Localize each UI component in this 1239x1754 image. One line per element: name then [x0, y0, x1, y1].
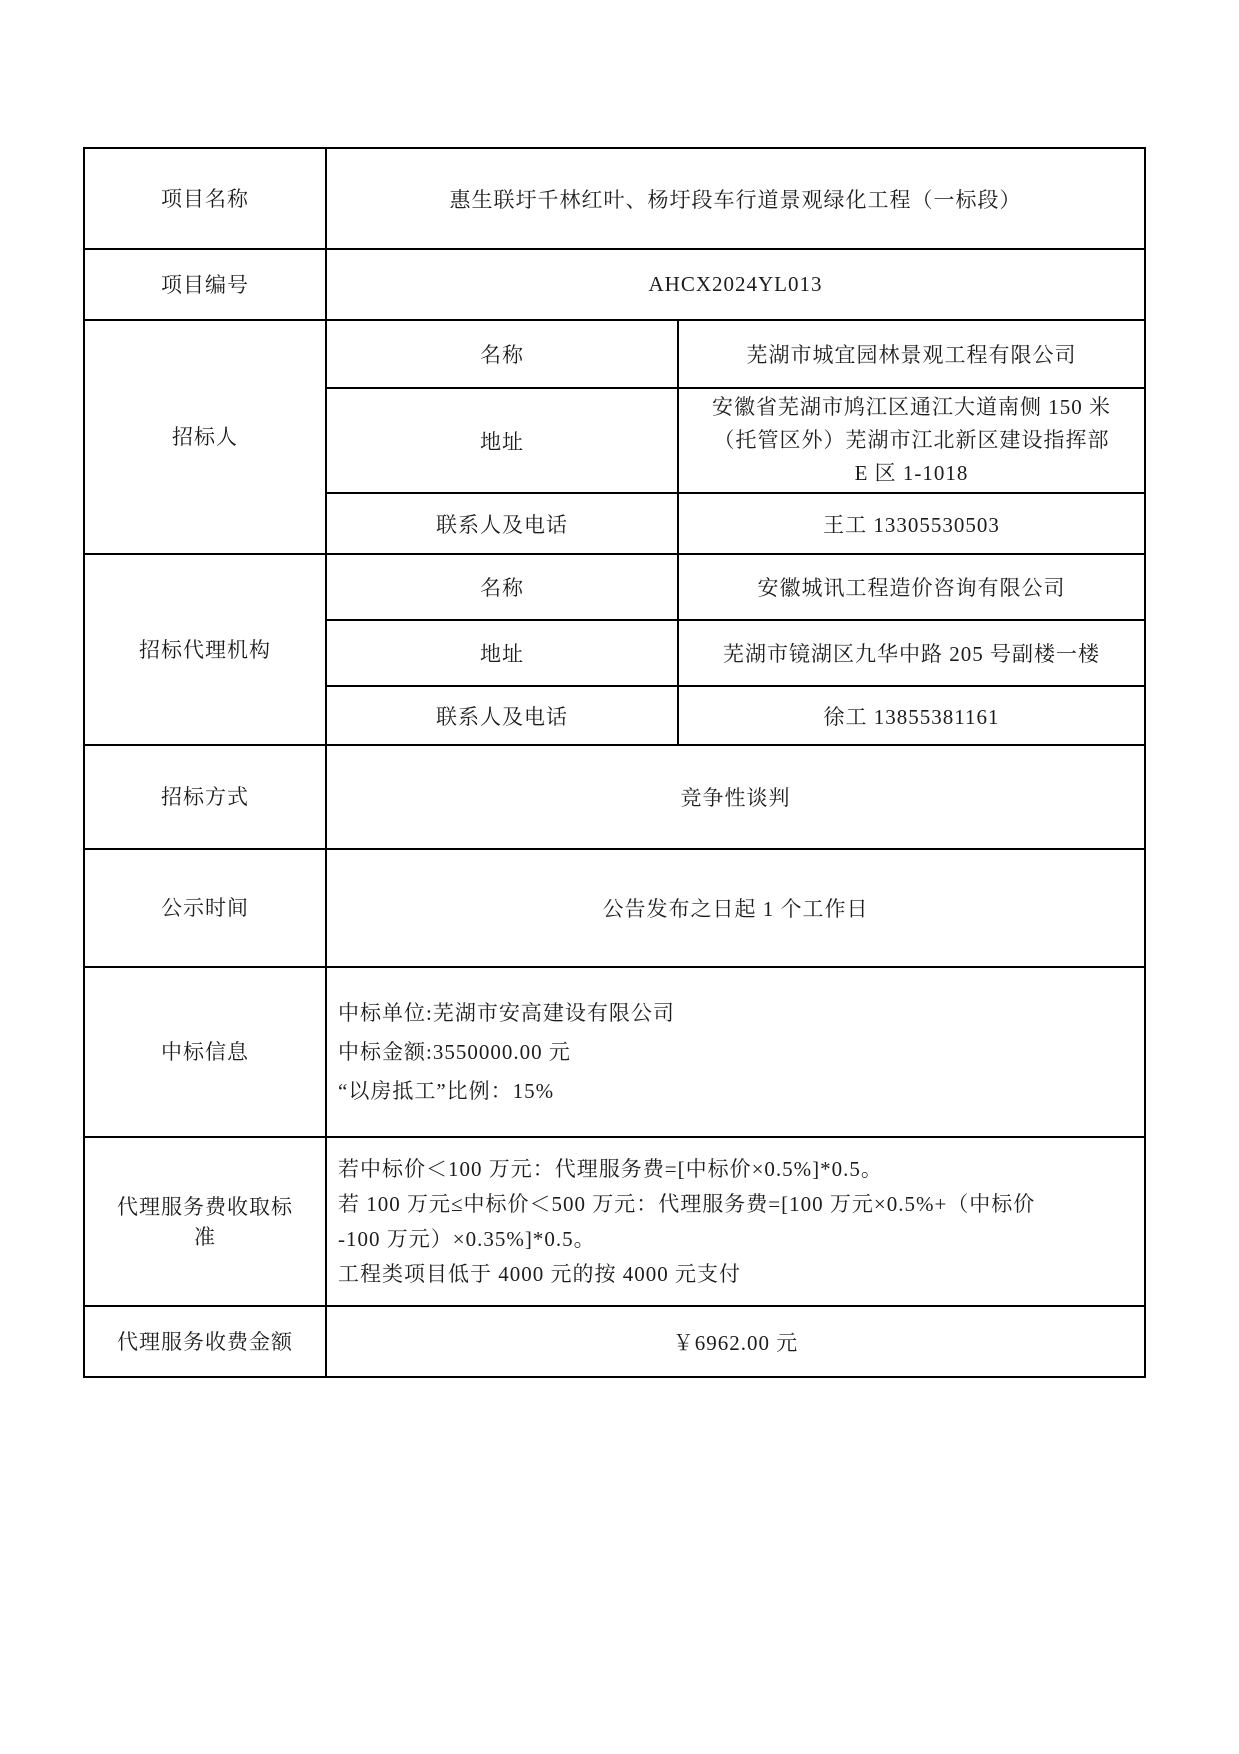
agency-fee-standard-label: 代理服务费收取标准 [84, 1137, 326, 1306]
agency-contact-label: 联系人及电话 [326, 686, 678, 745]
award-info-label: 中标信息 [84, 967, 326, 1137]
agency-label: 招标代理机构 [84, 554, 326, 745]
address-line: 安徽省芜湖市鸠江区通江大道南侧 150 米 [687, 391, 1136, 424]
fee-standard-line: 若中标价＜100 万元：代理服务费=[中标价×0.5%]*0.5。 [338, 1152, 1132, 1187]
row-tenderer-name: 招标人 名称 芜湖市城宜园林景观工程有限公司 [84, 320, 1145, 388]
row-publicity-period: 公示时间 公告发布之日起 1 个工作日 [84, 849, 1145, 967]
tenderer-address-label: 地址 [326, 388, 678, 493]
project-number-value: AHCX2024YL013 [326, 249, 1145, 320]
tender-info-table: 项目名称 惠生联圩千林红叶、杨圩段车行道景观绿化工程（一标段） 项目编号 AHC… [83, 147, 1146, 1378]
project-number-label: 项目编号 [84, 249, 326, 320]
agency-address-value: 芜湖市镜湖区九华中路 205 号副楼一楼 [678, 620, 1145, 686]
fee-standard-line: -100 万元）×0.35%]*0.5。 [338, 1222, 1132, 1257]
row-agency-fee-amount: 代理服务收费金额 ￥6962.00 元 [84, 1306, 1145, 1377]
tenderer-contact-value: 王工 13305530503 [678, 493, 1145, 554]
tenderer-contact-label: 联系人及电话 [326, 493, 678, 554]
row-award-info: 中标信息 中标单位:芜湖市安高建设有限公司 中标金额:3550000.00 元 … [84, 967, 1145, 1137]
agency-address-label: 地址 [326, 620, 678, 686]
row-project-name: 项目名称 惠生联圩千林红叶、杨圩段车行道景观绿化工程（一标段） [84, 148, 1145, 249]
award-info-value: 中标单位:芜湖市安高建设有限公司 中标金额:3550000.00 元 “以房抵工… [326, 967, 1145, 1137]
agency-fee-amount-value: ￥6962.00 元 [326, 1306, 1145, 1377]
publicity-period-value: 公告发布之日起 1 个工作日 [326, 849, 1145, 967]
document-page: 项目名称 惠生联圩千林红叶、杨圩段车行道景观绿化工程（一标段） 项目编号 AHC… [0, 0, 1239, 1754]
award-winner-line: 中标单位:芜湖市安高建设有限公司 [338, 994, 1132, 1033]
tender-method-value: 竞争性谈判 [326, 745, 1145, 849]
row-project-number: 项目编号 AHCX2024YL013 [84, 249, 1145, 320]
tenderer-label: 招标人 [84, 320, 326, 554]
agency-fee-standard-value: 若中标价＜100 万元：代理服务费=[中标价×0.5%]*0.5。 若 100 … [326, 1137, 1145, 1306]
award-amount-line: 中标金额:3550000.00 元 [338, 1033, 1132, 1072]
address-line: E 区 1-1018 [687, 457, 1136, 490]
publicity-period-label: 公示时间 [84, 849, 326, 967]
agency-contact-value: 徐工 13855381161 [678, 686, 1145, 745]
agency-fee-amount-label: 代理服务收费金额 [84, 1306, 326, 1377]
agency-name-value: 安徽城讯工程造价咨询有限公司 [678, 554, 1145, 620]
agency-name-label: 名称 [326, 554, 678, 620]
tenderer-name-value: 芜湖市城宜园林景观工程有限公司 [678, 320, 1145, 388]
project-name-value: 惠生联圩千林红叶、杨圩段车行道景观绿化工程（一标段） [326, 148, 1145, 249]
tender-method-label: 招标方式 [84, 745, 326, 849]
tenderer-address-value: 安徽省芜湖市鸠江区通江大道南侧 150 米 （托管区外）芜湖市江北新区建设指挥部… [678, 388, 1145, 493]
project-name-label: 项目名称 [84, 148, 326, 249]
row-agency-fee-standard: 代理服务费收取标准 若中标价＜100 万元：代理服务费=[中标价×0.5%]*0… [84, 1137, 1145, 1306]
address-line: （托管区外）芜湖市江北新区建设指挥部 [687, 424, 1136, 457]
fee-standard-line: 工程类项目低于 4000 元的按 4000 元支付 [338, 1257, 1132, 1292]
row-tender-method: 招标方式 竞争性谈判 [84, 745, 1145, 849]
award-ratio-line: “以房抵工”比例：15% [338, 1072, 1132, 1111]
fee-standard-line: 若 100 万元≤中标价＜500 万元：代理服务费=[100 万元×0.5%+（… [338, 1187, 1132, 1222]
row-agency-name: 招标代理机构 名称 安徽城讯工程造价咨询有限公司 [84, 554, 1145, 620]
tenderer-name-label: 名称 [326, 320, 678, 388]
